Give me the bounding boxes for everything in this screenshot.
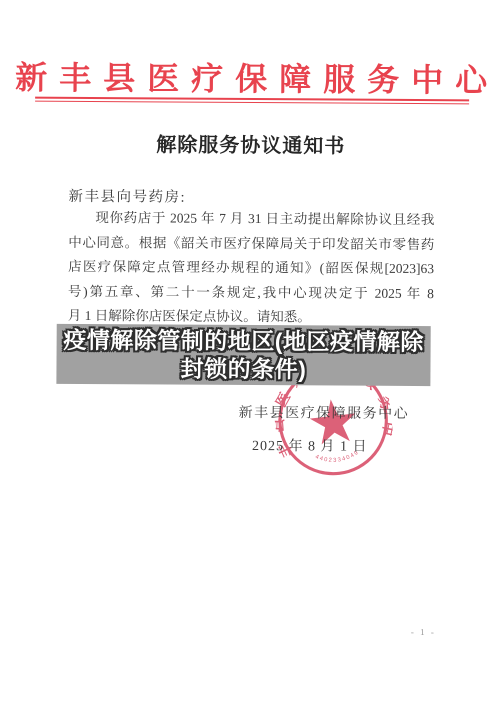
document-title: 解除服务协议通知书 bbox=[1, 127, 500, 159]
letterhead-org-name: 新丰县医疗保障服务中心 bbox=[1, 52, 500, 101]
page-number: - 1 - bbox=[411, 627, 436, 637]
caption-line-1: 疫情解除管制的地区(地区疫情解除 bbox=[57, 326, 431, 356]
caption-overlay: 疫情解除管制的地区(地区疫情解除 封锁的条件) bbox=[56, 324, 430, 386]
body-line: 中心同意。根据《韶关市医疗保障局关于印发韶关市零售药 bbox=[68, 230, 434, 257]
recipient-line: 新丰县向号药房: bbox=[68, 185, 186, 207]
body-line: 现你药店于 2025 年 7 月 31 日主动提出解除协议且经我 bbox=[68, 206, 434, 233]
body-line: 店医疗保障定点管理经办规程的通知》(韶医保规[2023]63 bbox=[68, 255, 434, 282]
scanned-document-page: 新丰县医疗保障服务中心 解除服务协议通知书 新丰县向号药房: 现你药店于 202… bbox=[0, 0, 500, 707]
signature-date: 2025 年 8 月 1 日 bbox=[238, 435, 409, 456]
signature-org-name: 新丰县医疗保障服务中心 bbox=[239, 402, 410, 423]
caption-line-2: 封锁的条件) bbox=[56, 354, 430, 384]
body-paragraph: 现你药店于 2025 年 7 月 31 日主动提出解除协议且经我 中心同意。根据… bbox=[68, 206, 435, 331]
body-line: 号)第五章、第二十一条规定,我中心现决定于 2025 年 8 bbox=[68, 279, 434, 306]
signature-block: 新丰县医疗保障服务中心 2025 年 8 月 1 日 bbox=[238, 402, 409, 456]
